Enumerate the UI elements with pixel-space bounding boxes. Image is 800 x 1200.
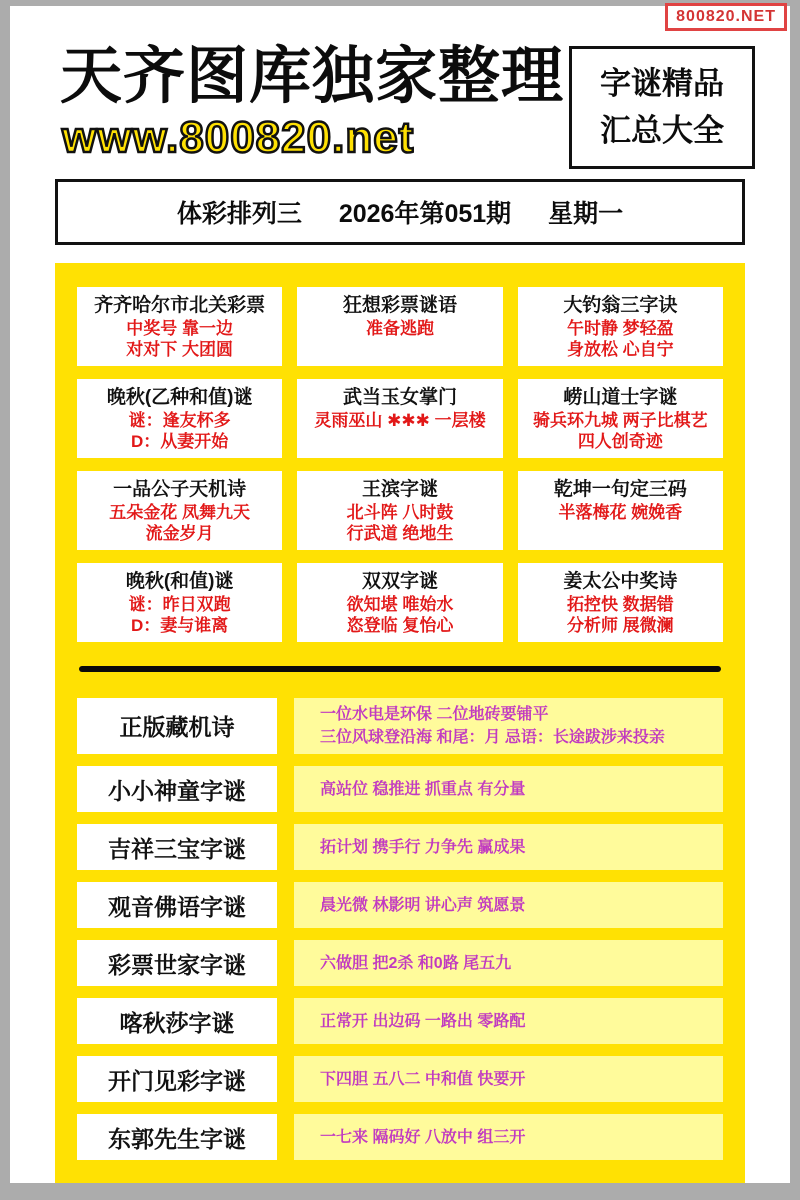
puzzle-card-qiqihaer: 齐齐哈尔市北关彩票 中奖号 靠一边 对对下 大团圆 [77, 287, 282, 366]
puzzle-card-line: 半落梅花 婉娩香 [521, 502, 720, 523]
list-row-title: 观音佛语字谜 [77, 882, 277, 928]
puzzle-card-shuangshuang: 双双字谜 欲知堪 唯始水 恣登临 复怡心 [297, 563, 502, 642]
list-row-body: 一位水电是环保 二位地砖要铺平 三位风球登沿海 和尾：月 忌语：长途跋涉来投亲 [294, 698, 723, 754]
side-box-line1: 字谜精品 [576, 61, 748, 108]
list-row-line: 一七来 隔码好 八放中 组三开 [320, 1126, 715, 1149]
list-row-guanyinfoyu: 观音佛语字谜 晨光微 林影明 讲心声 筑愿景 [77, 882, 723, 928]
list-row-line: 拓计划 携手行 力争先 赢成果 [320, 836, 715, 859]
puzzle-card-qiankun: 乾坤一句定三码 半落梅花 婉娩香 [518, 471, 723, 550]
puzzle-card-title: 晚秋(乙种和值)谜 [80, 386, 279, 410]
puzzle-card-line: 中奖号 靠一边 [80, 318, 279, 339]
puzzle-card-line: 对对下 大团圆 [80, 339, 279, 360]
puzzle-card-line: 流金岁月 [80, 523, 279, 544]
list-row-kaimenjiancai: 开门见彩字谜 下四胆 五八二 中和值 快要开 [77, 1056, 723, 1102]
puzzle-card-line: 四人创奇迹 [521, 431, 720, 452]
puzzle-card-wangbin: 王滨字谜 北斗阵 八时鼓 行武道 绝地生 [297, 471, 502, 550]
list-row-line: 一位水电是环保 二位地砖要铺平 [320, 703, 715, 726]
puzzle-card-laoshan: 崂山道士字谜 骑兵环九城 两子比棋艺 四人创奇迹 [518, 379, 723, 458]
puzzle-card-line: 午时静 梦轻盈 [521, 318, 720, 339]
puzzle-card-line: 五朵金花 凤舞九天 [80, 502, 279, 523]
list-row-dongguoxiansheng: 东郭先生字谜 一七来 隔码好 八放中 组三开 [77, 1114, 723, 1160]
puzzle-card-line: 拓控快 数据错 [521, 594, 720, 615]
puzzle-card-kuangxiang: 狂想彩票谜语 准备逃跑 [297, 287, 502, 366]
puzzle-card-wanqiu-yizhong: 晚秋(乙种和值)谜 谜：逢友杯多 D：从妻开始 [77, 379, 282, 458]
list-row-body: 下四胆 五八二 中和值 快要开 [294, 1056, 723, 1102]
puzzle-list: 正版藏机诗 一位水电是环保 二位地砖要铺平 三位风球登沿海 和尾：月 忌语：长途… [77, 698, 723, 1160]
list-row-line: 晨光微 林影明 讲心声 筑愿景 [320, 894, 715, 917]
list-row-title: 喀秋莎字谜 [77, 998, 277, 1044]
section-divider [79, 666, 721, 672]
puzzle-card-title: 崂山道士字谜 [521, 386, 720, 410]
puzzle-card-title: 狂想彩票谜语 [300, 294, 499, 318]
list-row-line: 六做胆 把2杀 和0路 尾五九 [320, 952, 715, 975]
puzzle-card-grid: 齐齐哈尔市北关彩票 中奖号 靠一边 对对下 大团圆 狂想彩票谜语 准备逃跑 大钓… [77, 287, 723, 642]
puzzle-card-wanqiu-hezhi: 晚秋(和值)谜 谜：昨日双跑 D：妻与谁离 [77, 563, 282, 642]
list-row-title: 正版藏机诗 [77, 698, 277, 754]
list-row-zhengban: 正版藏机诗 一位水电是环保 二位地砖要铺平 三位风球登沿海 和尾：月 忌语：长途… [77, 698, 723, 754]
site-badge: 800820.NET [665, 3, 787, 31]
list-row-title: 开门见彩字谜 [77, 1056, 277, 1102]
puzzle-card-title: 晚秋(和值)谜 [80, 570, 279, 594]
puzzle-card-line: D：妻与谁离 [80, 615, 279, 636]
list-row-line: 高站位 稳推进 抓重点 有分量 [320, 778, 715, 801]
puzzle-card-line: 行武道 绝地生 [300, 523, 499, 544]
issue-game: 体彩排列三 [177, 200, 302, 228]
list-row-title: 小小神童字谜 [77, 766, 277, 812]
puzzle-card-line: 灵雨巫山 ✱✱✱ 一层楼 [300, 410, 499, 431]
puzzle-card-line: 欲知堪 唯始水 [300, 594, 499, 615]
list-row-jixiangsanbao: 吉祥三宝字谜 拓计划 携手行 力争先 赢成果 [77, 824, 723, 870]
puzzle-card-title: 武当玉女掌门 [300, 386, 499, 410]
list-row-line: 三位风球登沿海 和尾：月 忌语：长途跋涉来投亲 [320, 726, 715, 749]
puzzle-card-title: 大钓翁三字诀 [521, 294, 720, 318]
puzzle-card-line: 谜：昨日双跑 [80, 594, 279, 615]
side-box-line2: 汇总大全 [576, 108, 748, 155]
list-row-title: 彩票世家字谜 [77, 940, 277, 986]
puzzle-card-title: 姜太公中奖诗 [521, 570, 720, 594]
puzzle-card-yipingongzi: 一品公子天机诗 五朵金花 凤舞九天 流金岁月 [77, 471, 282, 550]
list-row-title: 吉祥三宝字谜 [77, 824, 277, 870]
list-row-body: 六做胆 把2杀 和0路 尾五九 [294, 940, 723, 986]
list-row-body: 正常开 出边码 一路出 零路配 [294, 998, 723, 1044]
puzzle-card-dadiaoweng: 大钓翁三字诀 午时静 梦轻盈 身放松 心自宁 [518, 287, 723, 366]
list-row-body: 拓计划 携手行 力争先 赢成果 [294, 824, 723, 870]
list-row-caipiaoshijia: 彩票世家字谜 六做胆 把2杀 和0路 尾五九 [77, 940, 723, 986]
list-row-line: 下四胆 五八二 中和值 快要开 [320, 1068, 715, 1091]
side-box: 字谜精品 汇总大全 [569, 46, 755, 169]
puzzle-card-title: 一品公子天机诗 [80, 478, 279, 502]
puzzle-card-line: 身放松 心自宁 [521, 339, 720, 360]
issue-weekday: 星期一 [548, 200, 623, 228]
puzzle-card-wudang: 武当玉女掌门 灵雨巫山 ✱✱✱ 一层楼 [297, 379, 502, 458]
list-row-body: 高站位 稳推进 抓重点 有分量 [294, 766, 723, 812]
list-row-body: 一七来 隔码好 八放中 组三开 [294, 1114, 723, 1160]
puzzle-card-title: 双双字谜 [300, 570, 499, 594]
puzzle-card-jiangtaigong: 姜太公中奖诗 拓控快 数据错 分析师 展微澜 [518, 563, 723, 642]
issue-bar: 体彩排列三 2026年第051期 星期一 [55, 179, 745, 245]
puzzle-card-title: 乾坤一句定三码 [521, 478, 720, 502]
puzzle-card-line: 分析师 展微澜 [521, 615, 720, 636]
puzzle-card-line: 骑兵环九城 两子比棋艺 [521, 410, 720, 431]
puzzle-card-line: 北斗阵 八时鼓 [300, 502, 499, 523]
list-row-kaqiusha: 喀秋莎字谜 正常开 出边码 一路出 零路配 [77, 998, 723, 1044]
puzzle-card-title: 齐齐哈尔市北关彩票 [80, 294, 279, 318]
puzzle-card-line: 谜：逢友杯多 [80, 410, 279, 431]
list-row-body: 晨光微 林影明 讲心声 筑愿景 [294, 882, 723, 928]
puzzle-card-line: 恣登临 复怡心 [300, 615, 499, 636]
puzzle-card-line: D：从妻开始 [80, 431, 279, 452]
issue-number: 2026年第051期 [339, 200, 511, 228]
list-row-title: 东郭先生字谜 [77, 1114, 277, 1160]
page: 天齐图库独家整理 www.800820.net 字谜精品 汇总大全 体彩排列三 … [10, 6, 790, 1183]
puzzle-card-line: 准备逃跑 [300, 318, 499, 339]
puzzle-card-title: 王滨字谜 [300, 478, 499, 502]
yellow-panel: 齐齐哈尔市北关彩票 中奖号 靠一边 对对下 大团圆 狂想彩票谜语 准备逃跑 大钓… [55, 263, 745, 1183]
list-row-line: 正常开 出边码 一路出 零路配 [320, 1010, 715, 1033]
list-row-xiaoxiaoshentong: 小小神童字谜 高站位 稳推进 抓重点 有分量 [77, 766, 723, 812]
